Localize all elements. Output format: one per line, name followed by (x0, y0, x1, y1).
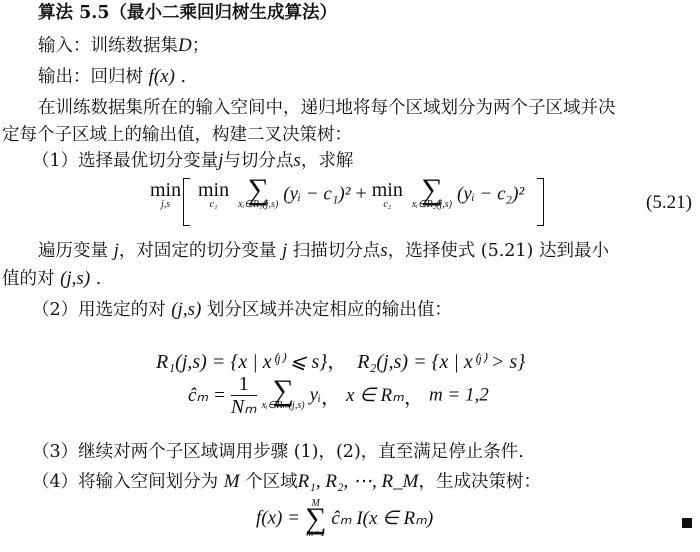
equation-5-21: min j,s (150, 180, 181, 210)
plus-sign: + (355, 183, 366, 205)
outer-min: min j,s (150, 180, 181, 210)
region-r1: R₁(j,s) = {x | x⁽ʲ⁾ ⩽ s} (156, 351, 327, 373)
traverse-line-2: 值的对 (j,s) . (2, 268, 101, 290)
traverse-line-1: 遍历变量 j，对固定的切分变量 j 扫描切分点s，选择使式 (5.21) 达到最… (38, 240, 609, 262)
right-bracket (537, 178, 544, 226)
region-r2: R₂(j,s) = {x | x⁽ʲ⁾ > s} (357, 351, 525, 373)
c-hat-lhs: ĉₘ = (188, 385, 226, 406)
qed-square (682, 518, 692, 528)
input-label: 输入：训练数据集 (38, 36, 178, 56)
equation-number: (5.21) (646, 192, 692, 214)
input-line: 输入：训练数据集D； (38, 35, 209, 57)
step1-prefix: （1）选择最优切分变量 (32, 151, 218, 171)
step1-mid: 与切分点 (223, 151, 293, 171)
output-line: 输出：回归树 f(x) . (38, 66, 186, 88)
step1-line: （1）选择最优切分变量j与切分点s，求解 (32, 150, 353, 172)
input-end: ； (192, 36, 210, 56)
step2-line: （2）用选定的对 (j,s) 划分区域并决定相应的输出值： (32, 299, 452, 321)
algorithm-title: 算法 5.5（最小二乘回归树生成算法） (38, 2, 337, 24)
output-label: 输出：回归树 (38, 67, 143, 87)
term-1: (yᵢ − c₁)² (283, 184, 350, 205)
region-equations: R₁(j,s) = {x | x⁽ʲ⁾ ⩽ s}， R₂(j,s) = {x |… (156, 345, 525, 374)
fraction: 1 Nₘ (231, 373, 257, 418)
inner-expression: min c₁ ∑ xᵢ∈R₁(j,s) (yᵢ − c₁)² + min c₂ … (198, 180, 524, 210)
intro-line-1: 在训练数据集所在的输入空间中，递归地将每个区域划分为两个子区域并决 (38, 97, 616, 119)
input-var: D (178, 35, 192, 56)
inner-min-2: min c₂ (372, 180, 403, 210)
decision-tree-equation: f(x) = M ∑ m=1 ĉₘ I(x ∈ Rₘ) (256, 498, 433, 539)
left-bracket (183, 178, 190, 226)
inner-min-1: min c₁ (198, 180, 229, 210)
intro-line-2: 定每个子区域上的输出值，构建二叉决策树： (2, 124, 352, 146)
sum-2: ∑ xᵢ∈R₂(j,s) (412, 180, 452, 210)
step1-var-s: s (293, 150, 300, 171)
sum-1: ∑ xᵢ∈R₁(j,s) (238, 180, 278, 210)
sum-m: ∑ xᵢ∈Rₘ(j,s) (262, 381, 305, 411)
output-var: f(x) (149, 66, 175, 87)
c-hat-equation: ĉₘ = 1 Nₘ ∑ xᵢ∈Rₘ(j,s) yᵢ， x ∈ Rₘ， m = 1… (188, 373, 489, 418)
step1-end: ，求解 (301, 151, 354, 171)
step4-line: （4）将输入空间划分为 M 个区域R₁, R₂, ⋯, R_M，生成决策树： (32, 471, 541, 493)
term-2: (yᵢ − c₂)² (457, 184, 524, 205)
step3-line: （3）继续对两个子区域调用步骤 (1)，(2)，直至满足停止条件. (32, 441, 524, 463)
output-end: . (181, 67, 187, 87)
sum-final: M ∑ m=1 (305, 498, 326, 539)
